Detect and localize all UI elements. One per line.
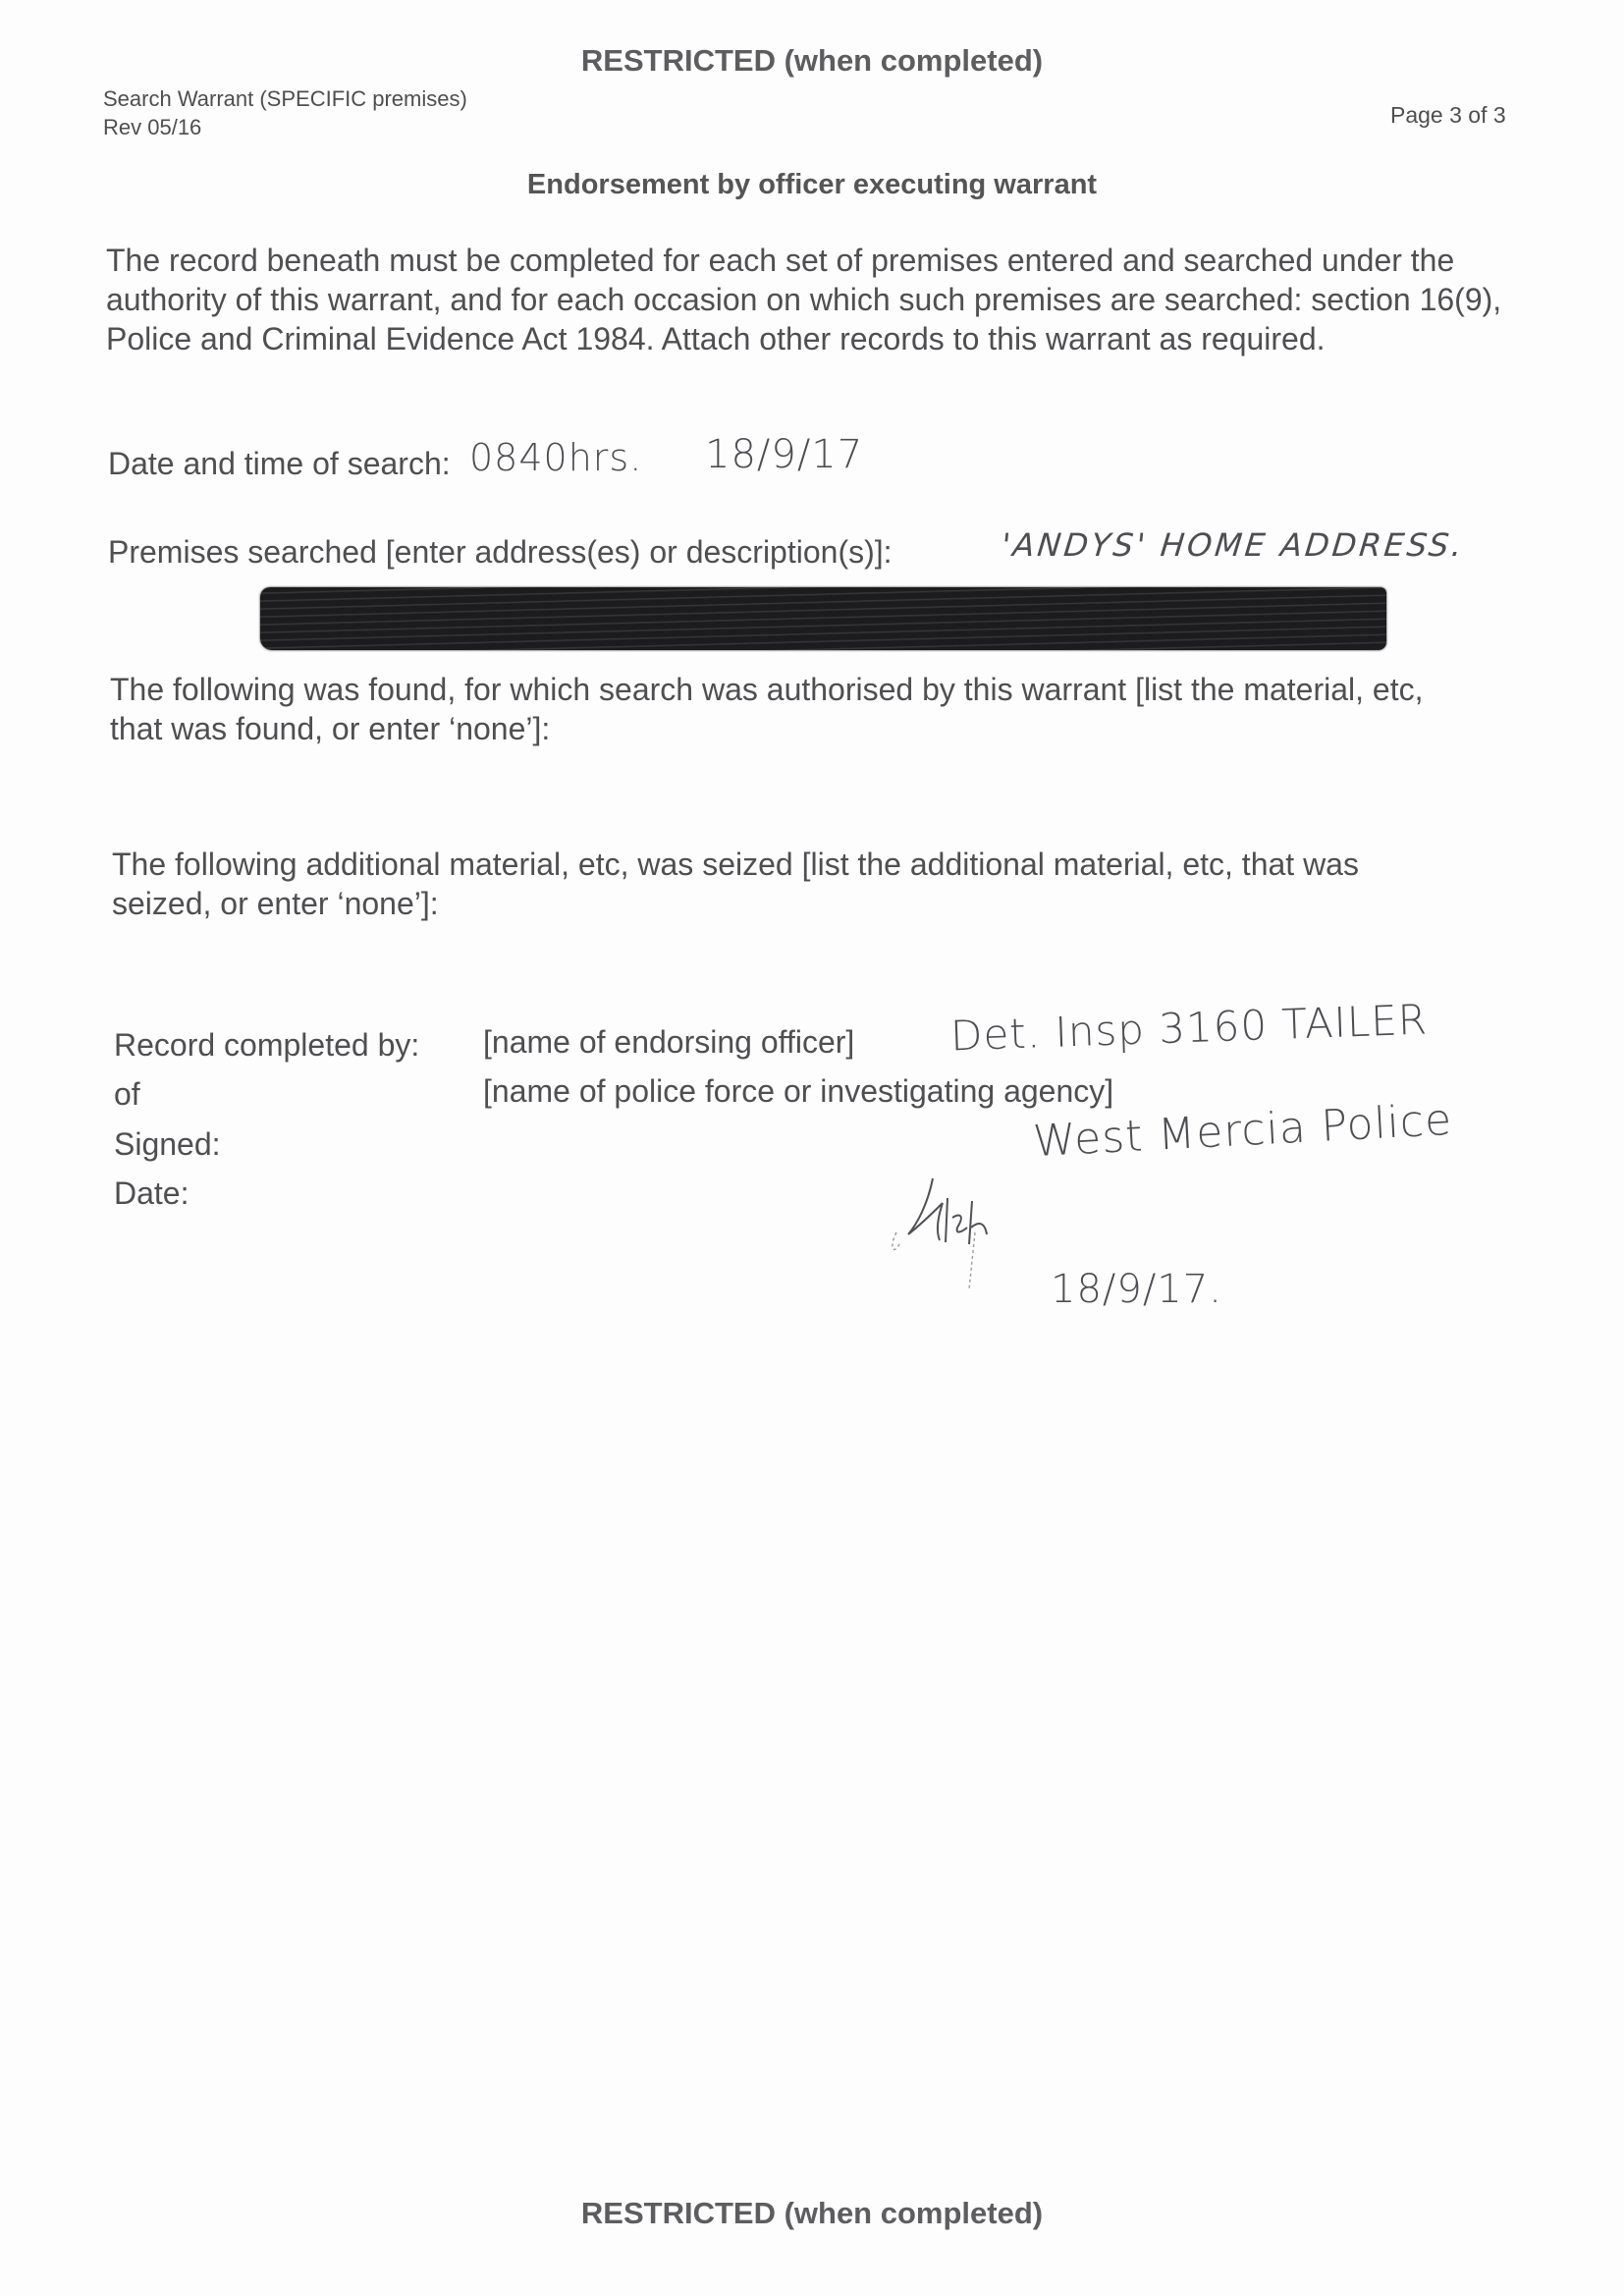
seized-label-line2: seized, or enter ‘none’]:	[112, 884, 439, 923]
of-label: of	[114, 1074, 140, 1114]
found-label-line1: The following was found, for which searc…	[110, 670, 1424, 709]
premises-handwritten-value[interactable]: 'ANDYS' HOME ADDRESS.	[1000, 526, 1467, 564]
date-time-handwritten-time[interactable]: 0840hrs.	[469, 436, 642, 479]
signed-label: Signed:	[114, 1124, 221, 1164]
completed-by-hint: [name of endorsing officer]	[483, 1022, 854, 1062]
date-time-label: Date and time of search:	[108, 444, 451, 483]
completed-by-label: Record completed by:	[114, 1025, 419, 1065]
found-label-line2: that was found, or enter ‘none’]:	[110, 709, 550, 748]
page-title: Endorsement by officer executing warrant	[0, 169, 1624, 201]
form-name: Search Warrant (SPECIFIC premises)	[103, 86, 467, 112]
found-value-area[interactable]	[110, 761, 1524, 840]
seized-label-line1: The following additional material, etc, …	[112, 845, 1359, 884]
classification-footer: RESTRICTED (when completed)	[0, 2196, 1624, 2231]
classification-header: RESTRICTED (when completed)	[0, 43, 1624, 79]
warrant-page: RESTRICTED (when completed) Search Warra…	[0, 0, 1624, 2296]
of-hint: [name of police force or investigating a…	[483, 1071, 1113, 1111]
premises-label: Premises searched [enter address(es) or …	[108, 532, 893, 572]
date-time-handwritten-date[interactable]: 18/9/17	[705, 432, 863, 477]
date-handwritten[interactable]: 18/9/17.	[1051, 1267, 1222, 1312]
redacted-address-block	[260, 587, 1386, 650]
date-label: Date:	[114, 1174, 189, 1213]
signature[interactable]	[889, 1174, 1056, 1282]
signature-scribble-icon	[889, 1174, 1056, 1291]
page-indicator: Page 3 of 3	[1390, 102, 1506, 129]
form-revision: Rev 05/16	[103, 115, 201, 140]
intro-paragraph: The record beneath must be completed for…	[106, 241, 1520, 358]
